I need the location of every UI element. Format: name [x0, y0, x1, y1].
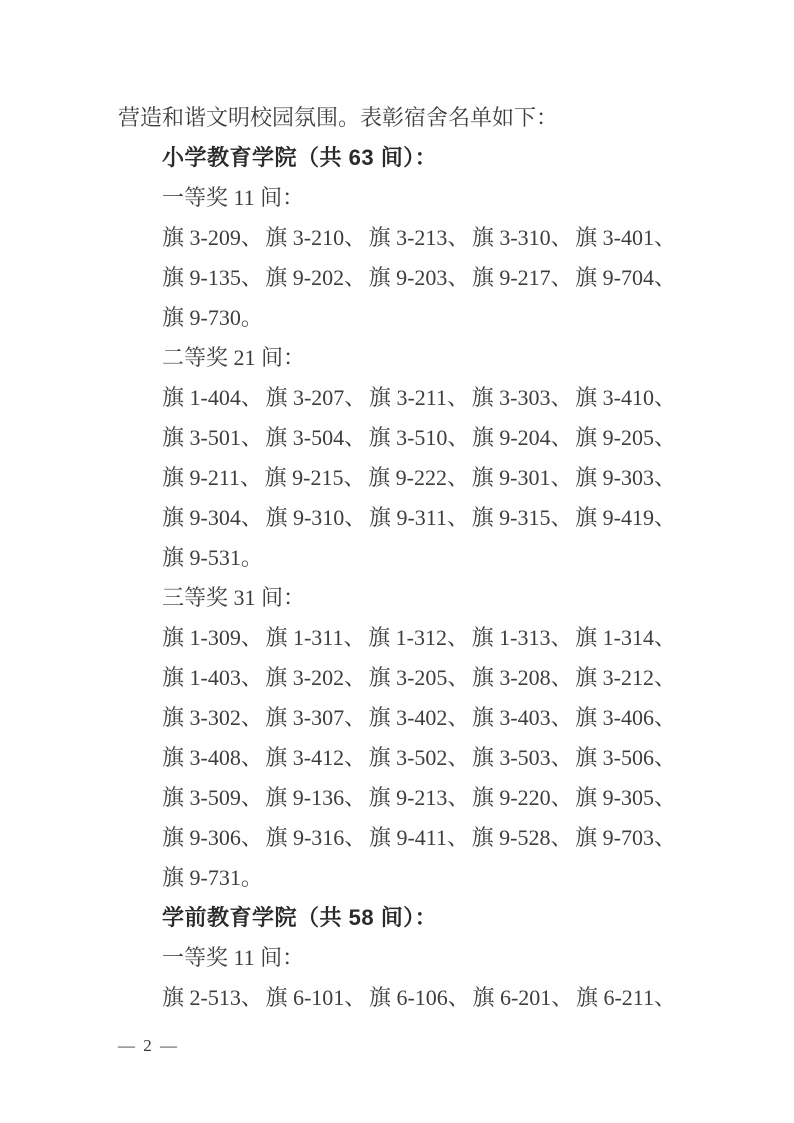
room-item: 旗 9-315、 [472, 498, 573, 538]
room-item: 旗 3-510、 [369, 418, 470, 458]
room-list-line: 旗 1-404、旗 3-207、旗 3-211、旗 3-303、旗 3-410、 [162, 378, 676, 418]
room-list-line: 旗 9-135、旗 9-202、旗 9-203、旗 9-217、旗 9-704、 [162, 258, 676, 298]
room-item: 旗 9-411、 [369, 818, 469, 858]
room-list-line: 旗 3-408、旗 3-412、旗 3-502、旗 3-503、旗 3-506、 [162, 738, 676, 778]
room-item: 旗 9-211、 [162, 458, 262, 498]
room-item: 旗 9-310、 [265, 498, 366, 538]
document-content: 营造和谐文明校园氛围。表彰宿舍名单如下： 小学教育学院（共 63 间）：一等奖 … [118, 98, 676, 1018]
room-item: 旗 9-204、 [472, 418, 573, 458]
room-item: 旗 9-215、 [265, 458, 366, 498]
room-item: 旗 3-310、 [472, 218, 573, 258]
room-item: 旗 3-406、 [575, 698, 676, 738]
room-item: 旗 9-222、 [368, 458, 469, 498]
room-item: 旗 3-509、 [162, 778, 263, 818]
room-item: 旗 6-106、 [369, 978, 470, 1018]
section-title: 小学教育学院（共 63 间）： [162, 138, 676, 178]
room-item: 旗 6-211、 [576, 978, 676, 1018]
room-list-line: 旗 9-531。 [162, 538, 676, 578]
room-item: 旗 3-208、 [472, 658, 573, 698]
room-item: 旗 9-303、 [575, 458, 676, 498]
room-item: 旗 9-304、 [162, 498, 263, 538]
room-item: 旗 9-205、 [575, 418, 676, 458]
room-item: 旗 9-305、 [575, 778, 676, 818]
room-item: 旗 1-313、 [472, 618, 573, 658]
room-list-line: 旗 3-501、旗 3-504、旗 3-510、旗 9-204、旗 9-205、 [162, 418, 676, 458]
page-number: — 2 — [118, 1036, 179, 1055]
document-page: 营造和谐文明校园氛围。表彰宿舍名单如下： 小学教育学院（共 63 间）：一等奖 … [0, 0, 794, 1123]
room-item: 旗 1-404、 [162, 378, 263, 418]
room-list-line: 旗 1-403、旗 3-202、旗 3-205、旗 3-208、旗 3-212、 [162, 658, 676, 698]
room-list-line: 旗 2-513、旗 6-101、旗 6-106、旗 6-201、旗 6-211、 [162, 978, 676, 1018]
room-item: 旗 9-220、 [472, 778, 573, 818]
room-item: 旗 3-205、 [369, 658, 470, 698]
award-group-label: 一等奖 11 间： [162, 938, 676, 978]
room-list-line: 旗 9-304、旗 9-310、旗 9-311、旗 9-315、旗 9-419、 [162, 498, 676, 538]
room-item: 旗 9-531。 [162, 545, 263, 570]
room-list-line: 旗 1-309、旗 1-311、旗 1-312、旗 1-313、旗 1-314、 [162, 618, 676, 658]
award-group-label: 三等奖 31 间： [162, 578, 676, 618]
room-item: 旗 3-210、 [265, 218, 366, 258]
page-footer: — 2 — [118, 1036, 179, 1056]
room-item: 旗 3-209、 [162, 218, 263, 258]
room-item: 旗 3-213、 [369, 218, 470, 258]
room-item: 旗 6-101、 [265, 978, 366, 1018]
room-item: 旗 9-316、 [265, 818, 366, 858]
room-item: 旗 3-408、 [162, 738, 263, 778]
room-item: 旗 1-314、 [575, 618, 676, 658]
room-item: 旗 3-202、 [265, 658, 366, 698]
room-item: 旗 9-301、 [472, 458, 573, 498]
room-item: 旗 3-410、 [575, 378, 676, 418]
room-item: 旗 9-202、 [265, 258, 366, 298]
room-item: 旗 3-302、 [162, 698, 263, 738]
room-item: 旗 1-311、 [265, 618, 365, 658]
room-item: 旗 3-501、 [162, 418, 263, 458]
room-item: 旗 9-703、 [575, 818, 676, 858]
room-item: 旗 1-403、 [162, 658, 263, 698]
room-item: 旗 3-502、 [369, 738, 470, 778]
room-list-line: 旗 3-509、旗 9-136、旗 9-213、旗 9-220、旗 9-305、 [162, 778, 676, 818]
room-item: 旗 9-730。 [162, 305, 263, 330]
room-item: 旗 3-412、 [265, 738, 366, 778]
section-title: 学前教育学院（共 58 间）： [162, 898, 676, 938]
room-item: 旗 9-528、 [472, 818, 573, 858]
room-item: 旗 2-513、 [162, 978, 263, 1018]
room-item: 旗 9-306、 [162, 818, 263, 858]
room-item: 旗 9-704、 [575, 258, 676, 298]
room-item: 旗 3-211、 [369, 378, 469, 418]
room-item: 旗 3-403、 [472, 698, 573, 738]
room-item: 旗 3-401、 [575, 218, 676, 258]
room-list-line: 旗 9-731。 [162, 858, 676, 898]
room-item: 旗 3-504、 [265, 418, 366, 458]
room-item: 旗 9-136、 [265, 778, 366, 818]
room-item: 旗 9-311、 [369, 498, 469, 538]
award-group-label: 二等奖 21 间： [162, 338, 676, 378]
room-list-line: 旗 3-302、旗 3-307、旗 3-402、旗 3-403、旗 3-406、 [162, 698, 676, 738]
room-list-line: 旗 9-211、旗 9-215、旗 9-222、旗 9-301、旗 9-303、 [162, 458, 676, 498]
room-item: 旗 3-207、 [265, 378, 366, 418]
room-item: 旗 9-213、 [369, 778, 470, 818]
room-item: 旗 3-303、 [472, 378, 573, 418]
room-list-line: 旗 3-209、旗 3-210、旗 3-213、旗 3-310、旗 3-401、 [162, 218, 676, 258]
room-item: 旗 9-135、 [162, 258, 263, 298]
room-item: 旗 3-503、 [472, 738, 573, 778]
room-item: 旗 9-419、 [575, 498, 676, 538]
room-item: 旗 3-506、 [575, 738, 676, 778]
room-item: 旗 3-212、 [575, 658, 676, 698]
room-list-line: 旗 9-306、旗 9-316、旗 9-411、旗 9-528、旗 9-703、 [162, 818, 676, 858]
room-list-line: 旗 9-730。 [162, 298, 676, 338]
room-item: 旗 3-402、 [369, 698, 470, 738]
sections-container: 小学教育学院（共 63 间）：一等奖 11 间：旗 3-209、旗 3-210、… [118, 138, 676, 1018]
room-item: 旗 9-203、 [369, 258, 470, 298]
room-item: 旗 9-731。 [162, 865, 263, 890]
room-item: 旗 1-312、 [368, 618, 469, 658]
room-item: 旗 6-201、 [472, 978, 573, 1018]
room-item: 旗 1-309、 [162, 618, 263, 658]
room-item: 旗 3-307、 [265, 698, 366, 738]
room-item: 旗 9-217、 [472, 258, 573, 298]
award-group-label: 一等奖 11 间： [162, 178, 676, 218]
intro-paragraph: 营造和谐文明校园氛围。表彰宿舍名单如下： [118, 98, 676, 138]
